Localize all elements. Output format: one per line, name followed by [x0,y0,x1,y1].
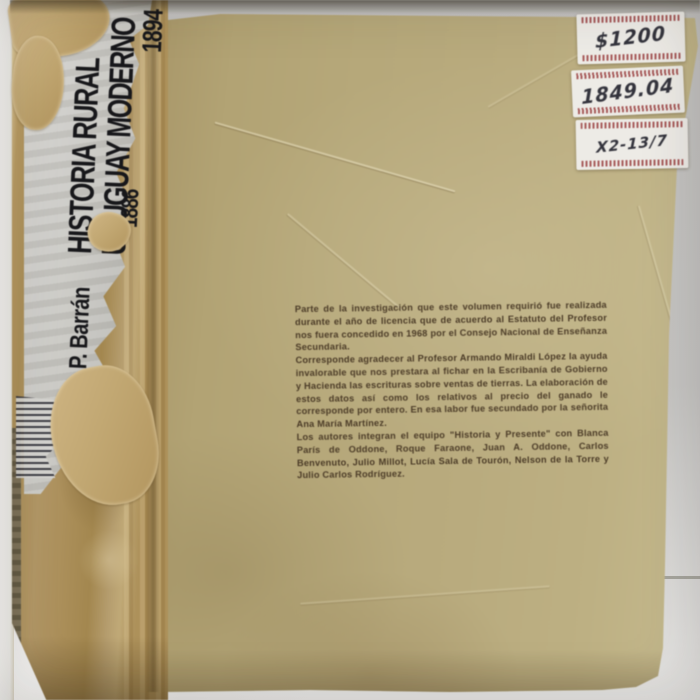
code-sticker: X2-13/7 [576,118,689,170]
sticker-handwriting: 1849.04 [582,74,675,108]
cover-text-block: Parte de la investigación que este volum… [295,299,609,482]
sticker-handwriting: X2-13/7 [596,131,668,157]
price-sticker: $1200 [576,12,685,65]
sticker-handwriting: $1200 [596,23,667,53]
spine-bottom-shadow [12,636,168,700]
spine-year-end: 1894 [137,8,170,53]
inventory-sticker: 1849.04 [571,66,685,118]
cover-crease [300,585,550,604]
paragraph: Corresponde agradecer al Profesor Armand… [295,350,608,431]
book-top-edge-shadow [10,0,700,14]
cover-bottom-shadow [150,650,700,696]
book-photo: HISTORIA RURAL URUGUAY MODERNO 1894 1886… [0,0,700,700]
cover-crease [215,122,456,193]
paragraph: Parte de la investigación que este volum… [295,299,608,355]
cover-crease [638,205,692,388]
cover-crease [287,213,403,311]
paragraph: Los autores integran el equipo "Historia… [297,427,610,483]
